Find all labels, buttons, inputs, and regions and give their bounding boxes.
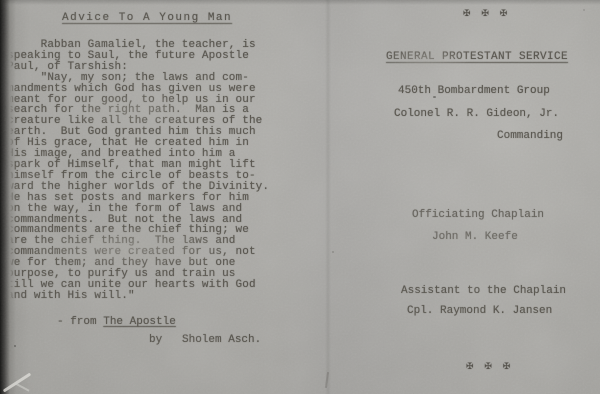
assistant-label: Assistant to the Chaplain — [401, 285, 566, 297]
cross-ornament-top: ✠ ✠ ✠ — [463, 9, 511, 19]
bombardment-group-line: 450th Bombardment Group — [398, 85, 550, 97]
commander-role: Commanding — [497, 130, 563, 142]
paper-speck — [332, 251, 334, 253]
scanned-service-program: Advice To A Young Man Rabban Gamaliel, t… — [0, 0, 600, 394]
scan-top-shadow — [0, 0, 600, 5]
cross-ornament-bottom: ✠ ✠ ✠ — [466, 362, 514, 372]
paper-speck — [433, 96, 436, 98]
assistant-name: Cpl. Raymond K. Jansen — [407, 305, 552, 317]
paper-speck — [14, 345, 16, 347]
commander-name: Colonel R. R. Gideon, Jr. — [394, 108, 559, 120]
chaplain-label: Officiating Chaplain — [412, 209, 544, 221]
chaplain-name: John M. Keefe — [432, 231, 518, 243]
page-fold-line — [325, 0, 331, 394]
scan-edge-shadow — [0, 0, 16, 394]
right-page: ✠ ✠ ✠ GENERAL PROTESTANT SERVICE 450th B… — [0, 0, 600, 394]
service-heading: GENERAL PROTESTANT SERVICE — [386, 51, 568, 63]
paper-speck — [583, 9, 585, 11]
